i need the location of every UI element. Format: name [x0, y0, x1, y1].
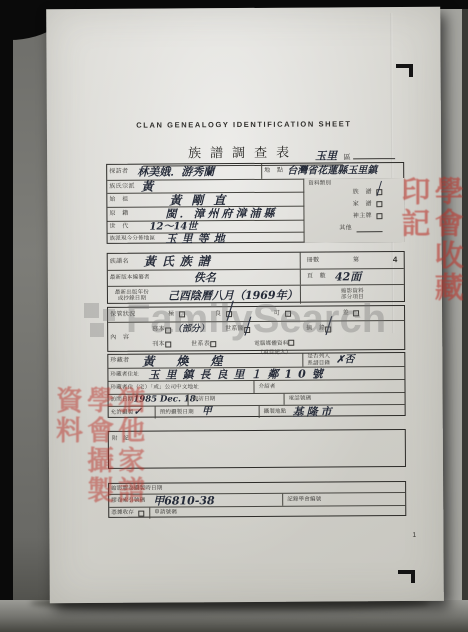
- condition-fair: 可: [274, 307, 291, 321]
- founder-label: 始 祖: [107, 194, 141, 207]
- apply-cell: 申請號碼: [149, 506, 405, 519]
- founder-value: 黃剛直: [169, 194, 235, 206]
- condition-excellent-label: 極: [168, 311, 174, 318]
- category-family: 家 譜: [308, 198, 400, 211]
- category-other-label: 其他: [339, 225, 352, 232]
- owner-address-label: 珍藏者住址: [108, 369, 148, 381]
- volumes-mid: 第: [353, 257, 359, 264]
- excellent-checkbox: [179, 311, 185, 317]
- printed-label: 刊本: [152, 341, 165, 348]
- owner-address-value: 玉里鎮長良里１鄰10號: [148, 368, 328, 380]
- film-index-value: 甲6810-38: [153, 495, 215, 506]
- editor-label: 最新版本編纂者: [108, 270, 170, 285]
- content-extract: 摘 錄╱: [306, 322, 331, 336]
- film-place-cell: 攝製地點 基隆市: [259, 405, 405, 418]
- interviewer-value: 林美娥．游秀蘭: [137, 166, 261, 178]
- generations-label: 世 代: [107, 222, 141, 233]
- region-label: 區: [344, 154, 351, 161]
- publish-date-label: 最新出版年份 或抄錄日期: [108, 287, 154, 305]
- manuscript-note-handwritten: （部分）: [173, 325, 209, 334]
- editor-value: 佚名: [170, 272, 300, 284]
- generations-value: 12～14世: [149, 222, 197, 232]
- book-name-label: 族譜名: [108, 254, 144, 270]
- category-genealogy: 族 譜 ╱: [308, 186, 400, 199]
- interviewer-label: 採訪者: [107, 165, 137, 180]
- owner-label: 珍藏者: [108, 355, 142, 368]
- book-name-value: 黃氏族譜: [144, 255, 300, 268]
- category-other: 其他: [308, 222, 400, 235]
- table-condition: 保管狀況 極 良 ╱ 可 差 內 容 寫本 （部分） 世系圖╱ 摘 錄╱ 刊本: [107, 305, 405, 352]
- manuscript-checkbox: [165, 327, 171, 333]
- content-printed: 刊本: [152, 337, 171, 352]
- phone-cell: 電話號碼: [284, 393, 405, 405]
- red-seal-stamp-left: 猶他家譜學會攝製資料: [51, 386, 144, 528]
- origin-value: 閩．漳州府漳浦縣: [165, 208, 277, 220]
- listed-cell: 是否列入 系譜目錄 ✗否: [302, 353, 404, 367]
- micro-label-2: 部分項目: [341, 294, 364, 300]
- pedigree-table-label: 世系表: [191, 341, 210, 348]
- pedigree-table-checkbox: [210, 341, 216, 347]
- row-book-name: 族譜名 黃氏族譜 冊數 第 4: [108, 252, 404, 270]
- fair-checkbox: [285, 311, 291, 317]
- society-cell: 記錄學會編號: [282, 493, 405, 506]
- row-editor: 最新版本編纂者 佚名 頁 數 42面: [108, 268, 404, 286]
- society-label: 記錄學會編號: [287, 496, 321, 503]
- scan-border-left: [0, 0, 13, 632]
- form-header-english: CLAN GENEALOGY IDENTIFICATION SHEET: [47, 119, 441, 130]
- region-value-handwritten: 玉里: [315, 149, 337, 162]
- scan-shadow-left: [13, 0, 50, 632]
- computer-media-checkbox: [288, 340, 294, 346]
- introducer-cell: 介紹者: [253, 380, 404, 393]
- revisit-label: 複訪日期: [193, 397, 216, 403]
- category-family-label: 家 譜: [353, 201, 372, 208]
- content-manuscript: 寫本: [152, 323, 171, 337]
- publish-date-label-2: 或抄錄日期: [118, 296, 147, 302]
- place-label: 地 點: [261, 164, 287, 179]
- row-filming: 允許攝製 ✓ 預約攝製日期 甲 攝製地點 基隆市: [109, 404, 405, 419]
- clan-value: 黃: [141, 181, 153, 193]
- page-number-mark: 1: [412, 532, 416, 539]
- place-value: 台灣省花蓮縣玉里鎮: [287, 166, 403, 177]
- condition-label: 保管狀況: [108, 308, 152, 322]
- table-owner: 珍藏者 黃煥煌 是否列入 系譜目錄 ✗否 珍藏者住址 玉里鎮長良里１鄰10號 珍…: [107, 352, 405, 418]
- pedigree-chart-label: 世系圖: [225, 326, 244, 333]
- pages-value: 42面: [335, 271, 361, 282]
- appointment-value-handwritten: 甲: [202, 407, 212, 417]
- extract-label: 摘 錄: [306, 326, 325, 333]
- pages-cell: 頁 數 42面: [300, 269, 404, 285]
- content-pedigree-table: 世系表: [191, 337, 216, 352]
- distribution-label: 族派現今分佈地區: [108, 233, 166, 244]
- condition-good: 良 ╱: [215, 307, 232, 321]
- pages-label: 頁 數: [307, 274, 326, 281]
- computer-media-label: 電腦媒體資料: [254, 341, 288, 347]
- red-seal-stamp-right: 猶他家譜學會收藏印記: [397, 176, 468, 332]
- origin-label: 原 籍: [107, 208, 141, 221]
- row-receipt: 憑據收存 申請號碼: [109, 505, 405, 519]
- region-underline: [353, 148, 395, 159]
- listed-value-handwritten: ✗否: [336, 355, 354, 365]
- category-genealogy-label: 族 譜: [353, 189, 372, 196]
- clan-label: 族氏宗派: [107, 181, 141, 193]
- condition-fair-label: 可: [274, 310, 280, 317]
- condition-excellent: 極: [168, 307, 185, 321]
- content-pedigree-chart: 世系圖╱: [225, 322, 250, 336]
- apply-label: 申請號碼: [154, 510, 177, 516]
- appointment-cell: 預約攝製日期 甲: [155, 406, 259, 419]
- printed-checkbox: [165, 341, 171, 347]
- family-checkbox: [376, 201, 382, 207]
- appointment-label: 預約攝製日期: [160, 409, 194, 416]
- listed-label-2: 系譜目錄: [307, 360, 330, 366]
- distribution-value: 玉里等地: [166, 233, 230, 244]
- row-contents: 內 容 寫本 （部分） 世系圖╱ 摘 錄╱ 刊本 世系表 電腦媒體資料 （項目記…: [108, 320, 404, 353]
- contents-items: 寫本 （部分） 世系圖╱ 摘 錄╱ 刊本 世系表 電腦媒體資料 （項目記入）: [152, 322, 404, 353]
- genealogy-checkmark: ╱: [374, 183, 377, 197]
- volumes-cell: 冊數 第 4: [300, 252, 404, 269]
- micro-note-cell: 縮影資料 部分項目: [300, 285, 404, 304]
- material-category-box: 資料類別 族 譜 ╱ 家 譜 神主牌 其他: [303, 178, 404, 243]
- table-book-info: 族譜名 黃氏族譜 冊數 第 4 最新版本編纂者 佚名 頁 數 42面 最新出版年…: [107, 251, 405, 304]
- publish-date-value: 己酉陰曆八月（1969年）: [154, 289, 300, 301]
- contents-label: 內 容: [108, 323, 152, 353]
- crop-mark-bottom-right: [398, 570, 415, 583]
- film-place-label: 攝製地點: [264, 409, 287, 415]
- scanned-document: CLAN GENEALOGY IDENTIFICATION SHEET 族譜調查…: [0, 0, 468, 632]
- content-computer-media: 電腦媒體資料 （項目記入）: [254, 336, 294, 351]
- condition-poor-label: 差: [343, 310, 349, 317]
- phone-label: 電話號碼: [289, 396, 312, 402]
- revisit-cell: 複訪日期: [188, 394, 284, 406]
- notes-box: 附 記: [108, 429, 406, 469]
- table-clan-info: 採訪者 林美娥．游秀蘭 地 點 台灣省花蓮縣玉里鎮 族氏宗派 黃 始 祖 黃剛直…: [106, 162, 404, 244]
- poor-checkbox: [353, 310, 359, 316]
- tablet-checkbox: [376, 213, 382, 219]
- good-checkmark: ╱: [223, 302, 226, 321]
- table-microfilm: 縮影膠卷攝製時日期 膠卷索引號碼 甲6810-38 記錄學會編號 憑據收存 申請…: [108, 481, 406, 518]
- film-place-value: 基隆市: [292, 406, 334, 417]
- owner-value: 黃煥煌: [142, 354, 302, 367]
- volumes-label: 冊數: [307, 257, 320, 264]
- crop-mark-top-right: [396, 64, 413, 77]
- condition-poor: 差: [343, 306, 360, 320]
- other-underline: [357, 224, 383, 232]
- introducer-label: 介紹者: [258, 384, 275, 390]
- content-manuscript-label: 寫本: [152, 327, 165, 334]
- condition-good-label: 良: [215, 311, 221, 318]
- row-publish-date: 最新出版年份 或抄錄日期 己酉陰曆八月（1969年） 縮影資料 部分項目: [108, 284, 404, 305]
